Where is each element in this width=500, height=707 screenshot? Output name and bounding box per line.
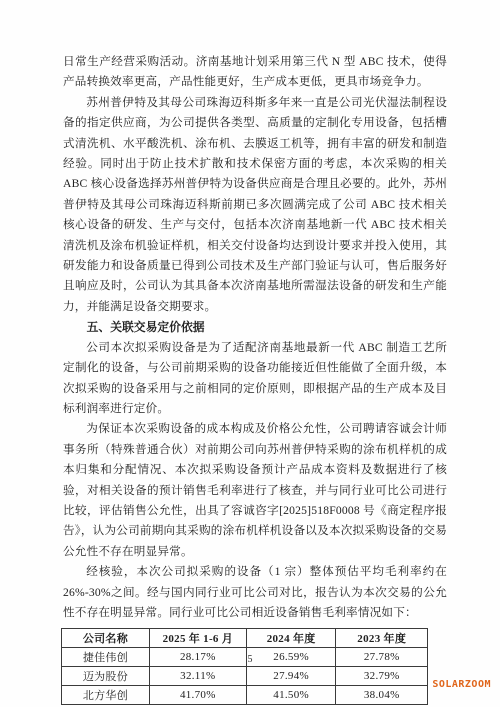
solarzoom-watermark: SOLARZOOM xyxy=(432,679,491,690)
column-header-company: 公司名称 xyxy=(62,629,150,648)
table-row: 迈为股份 32.11% 27.94% 32.79% xyxy=(62,667,428,686)
margin-cell: 32.79% xyxy=(336,667,428,686)
column-header-2024: 2024 年度 xyxy=(246,629,336,648)
margin-cell: 27.94% xyxy=(246,667,336,686)
column-header-2023: 2023 年度 xyxy=(336,629,428,648)
document-page: 日常生产经营采购活动。济南基地计划采用第三代 N 型 ABC 技术，使得产品转换… xyxy=(0,0,500,707)
paragraph-margin-conclusion: 经核验，本次公司拟采购的设备（1 宗）整体预估平均毛利率约在 26%-30%之间… xyxy=(63,562,447,623)
paragraph-continuation: 日常生产经营采购活动。济南基地计划采用第三代 N 型 ABC 技术，使得产品转换… xyxy=(63,52,447,93)
paragraph-audit-report: 为保证本次采购设备的成本构成及价格公允性，公司聘请容诚会计师事务所（特殊普通合伙… xyxy=(63,419,447,562)
margin-cell: 41.70% xyxy=(149,686,246,705)
column-header-2025h1: 2025 年 1-6 月 xyxy=(149,629,246,648)
margin-cell: 41.50% xyxy=(246,686,336,705)
section-heading: 五、关联交易定价依据 xyxy=(63,317,447,337)
paragraph-supplier-background: 苏州普伊特及其母公司珠海迈科斯多年来一直是公司光伏湿法制程设备的指定供应商，为公… xyxy=(63,93,447,317)
table-header-row: 公司名称 2025 年 1-6 月 2024 年度 2023 年度 xyxy=(62,629,428,648)
peer-gross-margin-table: 公司名称 2025 年 1-6 月 2024 年度 2023 年度 捷佳伟创 2… xyxy=(61,628,428,705)
document-body: 日常生产经营采购活动。济南基地计划采用第三代 N 型 ABC 技术，使得产品转换… xyxy=(63,52,447,705)
paragraph-pricing-principle: 公司本次拟采购设备是为了适配济南基地最新一代 ABC 制造工艺所定制化的设备，与… xyxy=(63,338,447,420)
margin-cell: 32.11% xyxy=(149,667,246,686)
table-row: 北方华创 41.70% 41.50% 38.04% xyxy=(62,686,428,705)
company-name-cell: 北方华创 xyxy=(62,686,150,705)
company-name-cell: 迈为股份 xyxy=(62,667,150,686)
page-number: 5 xyxy=(0,654,500,665)
margin-cell: 38.04% xyxy=(336,686,428,705)
